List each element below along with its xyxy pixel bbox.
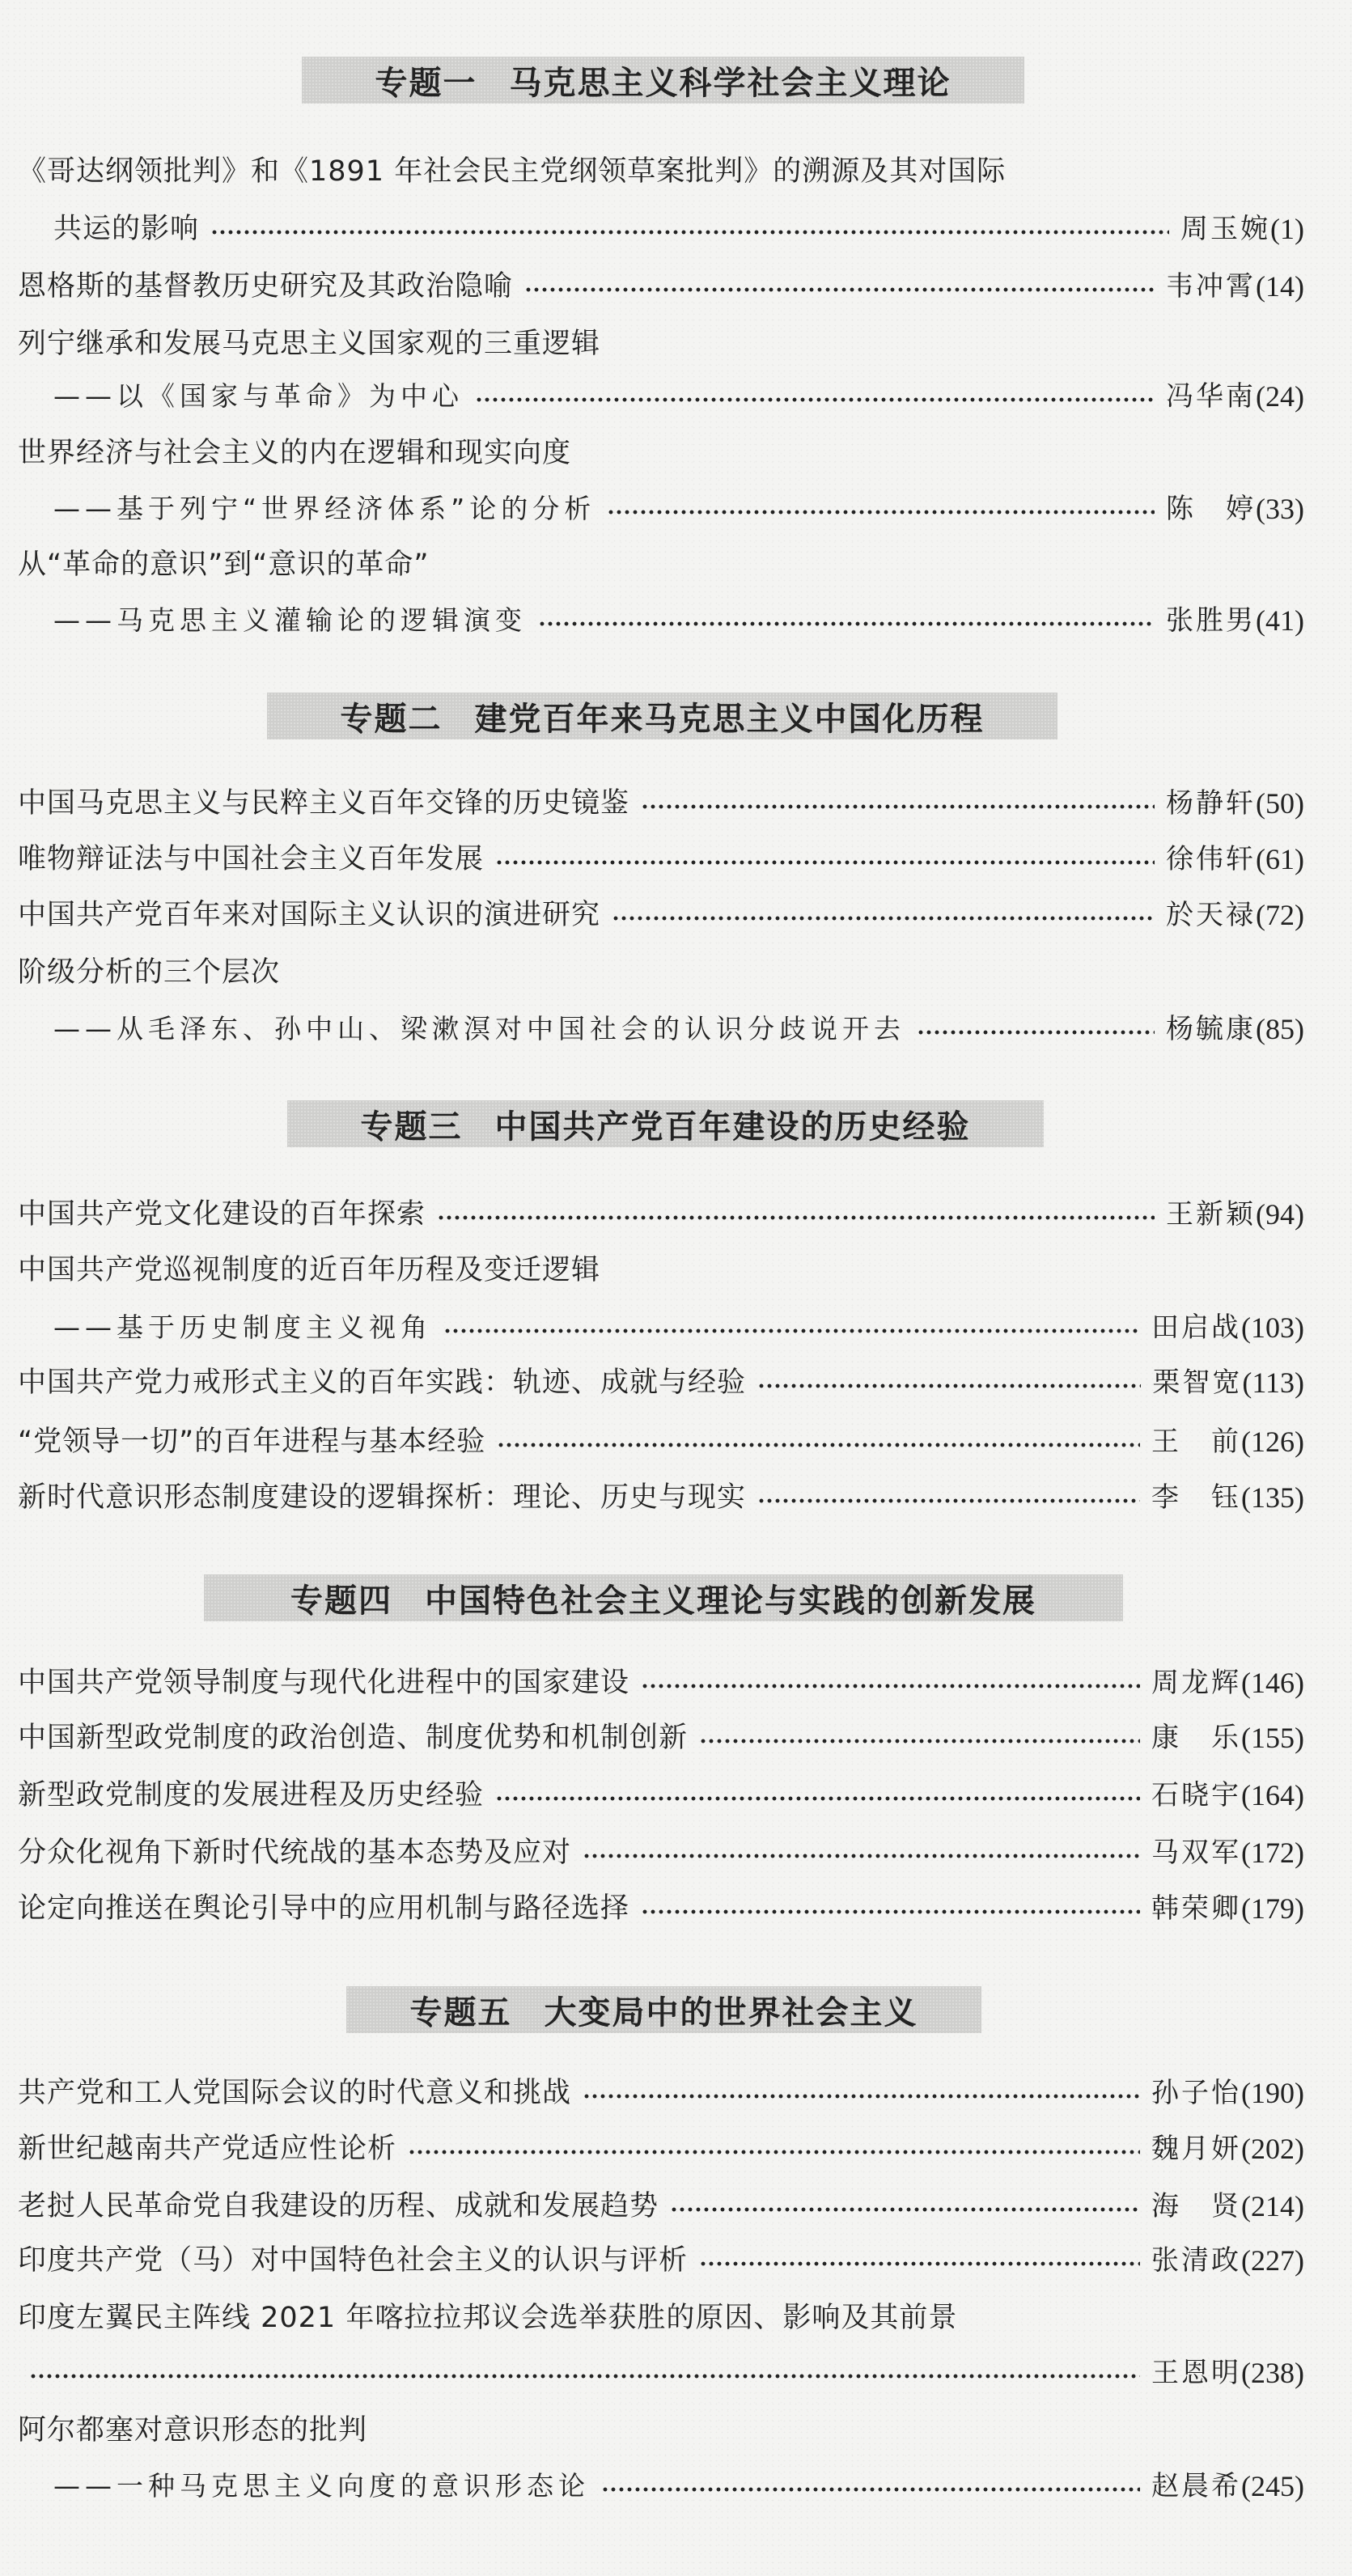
- entry-title: 新世纪越南共产党适应性论析: [18, 2129, 396, 2169]
- toc-entry[interactable]: 唯物辩证法与中国社会主义百年发展 徐伟轩 (61): [18, 839, 1304, 879]
- entry-title: 中国共产党百年来对国际主义认识的演进研究: [18, 895, 600, 935]
- entry-page-number: (155): [1241, 1718, 1304, 1758]
- section-number: 专题二: [341, 693, 443, 739]
- entry-author: 张胜男: [1166, 600, 1256, 641]
- entry-page-number: (190): [1241, 2073, 1304, 2113]
- entry-page-number: (146): [1241, 1663, 1304, 1703]
- toc-entry[interactable]: 新时代意识形态制度建设的逻辑探析：理论、历史与现实 李 钰 (135): [18, 1477, 1304, 1518]
- toc-entry-line[interactable]: 中国共产党巡视制度的近百年历程及变迁逻辑: [18, 1250, 1304, 1290]
- section-number: 专题四: [290, 1575, 392, 1621]
- section-header-4: 专题四 中国特色社会主义理论与实践的创新发展: [204, 1574, 1123, 1621]
- entry-title: 中国马克思主义与民粹主义百年交锋的历史镜鉴: [18, 783, 629, 824]
- dot-leader: [210, 209, 1169, 249]
- entry-author: 杨毓康: [1166, 1009, 1256, 1049]
- entry-author: 海 贤: [1151, 2186, 1241, 2226]
- toc-entry[interactable]: 新型政党制度的发展进程及历史经验 石晓宇 (164): [18, 1775, 1304, 1815]
- entry-title: 阶级分析的三个层次: [18, 952, 280, 993]
- entry-title: 论定向推送在舆论引导中的应用机制与路径选择: [18, 1888, 629, 1929]
- entry-title: 列宁继承和发展马克思主义国家观的三重逻辑: [18, 324, 600, 364]
- entry-author: 冯华南: [1166, 376, 1256, 417]
- toc-entry[interactable]: ——从毛泽东、孙中山、梁漱溟对中国社会的认识分歧说开去 杨毓康 (85): [18, 1009, 1304, 1049]
- entry-author: 赵晨希: [1151, 2466, 1241, 2506]
- entry-page-number: (214): [1241, 2186, 1304, 2226]
- toc-entry[interactable]: 共产党和工人党国际会议的时代意义和挑战 孙子怡 (190): [18, 2073, 1304, 2113]
- entry-title: “党领导一切”的百年进程与基本经验: [18, 1421, 485, 1462]
- section-header-3: 专题三 中国共产党百年建设的历史经验: [287, 1100, 1044, 1147]
- entry-title: 中国共产党文化建设的百年探索: [18, 1194, 426, 1235]
- section-header-1: 专题一 马克思主义科学社会主义理论: [302, 57, 1024, 104]
- dot-leader: [408, 2129, 1140, 2169]
- entry-page-number: (24): [1256, 376, 1304, 417]
- entry-page-number: (179): [1241, 1888, 1304, 1929]
- entry-author: 王 前: [1151, 1421, 1241, 1462]
- toc-entry[interactable]: ——以《国家与革命》为中心 冯华南 (24): [18, 376, 1304, 417]
- entry-title: 《哥达纲领批判》和《1891 年社会民主党纲领草案批判》的溯源及其对国际: [18, 151, 1006, 192]
- entry-subtitle: ——一种马克思主义向度的意识形态论: [18, 2466, 590, 2506]
- entry-author: 陈 婷: [1166, 489, 1256, 529]
- dot-leader: [524, 266, 1155, 307]
- entry-page-number: (61): [1256, 839, 1304, 879]
- entry-page-number: (41): [1256, 600, 1304, 641]
- dot-leader: [29, 2353, 1140, 2393]
- entry-author: 魏月妍: [1151, 2129, 1241, 2169]
- toc-entry[interactable]: ——马克思主义灌输论的逻辑演变 张胜男 (41): [18, 600, 1304, 641]
- entry-title: 中国共产党巡视制度的近百年历程及变迁逻辑: [18, 1250, 600, 1290]
- toc-entry-line[interactable]: 《哥达纲领批判》和《1891 年社会民主党纲领草案批判》的溯源及其对国际: [18, 151, 1304, 192]
- entry-title: 恩格斯的基督教历史研究及其政治隐喻: [18, 266, 513, 307]
- entry-title: 老挝人民革命党自我建设的历程、成就和发展趋势: [18, 2186, 659, 2226]
- entry-author: 杨静轩: [1166, 783, 1256, 824]
- entry-author: 韩荣卿: [1151, 1888, 1241, 1929]
- table-of-contents-page: 专题一 马克思主义科学社会主义理论 《哥达纲领批判》和《1891 年社会民主党纲…: [0, 0, 1352, 2576]
- entry-title: 中国共产党力戒形式主义的百年实践：轨迹、成就与经验: [18, 1362, 746, 1403]
- dot-leader: [641, 1888, 1140, 1929]
- toc-entry-line[interactable]: 列宁继承和发展马克思主义国家观的三重逻辑: [18, 324, 1304, 364]
- entry-page-number: (113): [1242, 1362, 1304, 1403]
- dot-leader: [601, 2466, 1140, 2506]
- entry-title: 印度共产党（马）对中国特色社会主义的认识与评析: [18, 2240, 688, 2281]
- entry-page-number: (94): [1256, 1194, 1304, 1235]
- entry-author: 石晓宇: [1151, 1775, 1241, 1815]
- dot-leader: [583, 1832, 1140, 1873]
- entry-title-continued: 共运的影响: [18, 209, 199, 249]
- entry-title: 阿尔都塞对意识形态的批判: [18, 2410, 367, 2451]
- toc-entry[interactable]: 论定向推送在舆论引导中的应用机制与路径选择 韩荣卿 (179): [18, 1888, 1304, 1929]
- entry-page-number: (1): [1270, 209, 1304, 249]
- dot-leader: [641, 1663, 1140, 1703]
- dot-leader: [641, 783, 1155, 824]
- toc-entry[interactable]: 中国共产党领导制度与现代化进程中的国家建设 周龙辉 (146): [18, 1663, 1304, 1703]
- entry-title: 新型政党制度的发展进程及历史经验: [18, 1775, 484, 1815]
- entry-page-number: (85): [1256, 1009, 1304, 1049]
- dot-leader: [495, 1775, 1140, 1815]
- entry-author: 康 乐: [1151, 1718, 1241, 1758]
- toc-entry[interactable]: 王恩明 (238): [18, 2353, 1304, 2393]
- toc-entry-line[interactable]: 从“革命的意识”到“意识的革命”: [18, 544, 1304, 585]
- toc-entry-line[interactable]: 印度左翼民主阵线 2021 年喀拉拉邦议会选举获胜的原因、影响及其前景: [18, 2298, 1304, 2338]
- entry-author: 栗智宽: [1152, 1362, 1242, 1403]
- entry-author: 周龙辉: [1151, 1663, 1241, 1703]
- toc-entry[interactable]: 中国共产党百年来对国际主义认识的演进研究 於天禄 (72): [18, 895, 1304, 935]
- toc-entry[interactable]: ——一种马克思主义向度的意识形态论 赵晨希 (245): [18, 2466, 1304, 2506]
- section-number: 专题一: [375, 57, 477, 104]
- toc-entry[interactable]: 印度共产党（马）对中国特色社会主义的认识与评析 张清政 (227): [18, 2240, 1304, 2281]
- toc-entry[interactable]: 新世纪越南共产党适应性论析 魏月妍 (202): [18, 2129, 1304, 2169]
- toc-entry-line[interactable]: 阶级分析的三个层次: [18, 952, 1304, 993]
- dot-leader: [475, 376, 1155, 417]
- section-title: 中国特色社会主义理论与实践的创新发展: [425, 1575, 1036, 1621]
- entry-author: 韦冲霄: [1166, 266, 1256, 307]
- entry-title: 中国新型政党制度的政治创造、制度优势和机制创新: [18, 1718, 688, 1758]
- toc-entry[interactable]: “党领导一切”的百年进程与基本经验 王 前 (126): [18, 1421, 1304, 1462]
- entry-author: 徐伟轩: [1166, 839, 1256, 879]
- toc-entry-line[interactable]: 阿尔都塞对意识形态的批判: [18, 2410, 1304, 2451]
- entry-page-number: (227): [1241, 2240, 1304, 2281]
- dot-leader: [607, 489, 1155, 529]
- entry-page-number: (33): [1256, 489, 1304, 529]
- entry-subtitle: ——马克思主义灌输论的逻辑演变: [18, 600, 527, 641]
- entry-page-number: (164): [1241, 1775, 1304, 1815]
- entry-page-number: (135): [1241, 1477, 1304, 1518]
- dot-leader: [583, 2073, 1140, 2113]
- section-header-2: 专题二 建党百年来马克思主义中国化历程: [267, 693, 1057, 739]
- toc-entry-line[interactable]: 世界经济与社会主义的内在逻辑和现实向度: [18, 433, 1304, 473]
- dot-leader: [437, 1194, 1155, 1235]
- toc-entry[interactable]: 共运的影响 周玉婉 (1): [18, 209, 1304, 249]
- dot-leader: [497, 1421, 1140, 1462]
- entry-page-number: (14): [1256, 266, 1304, 307]
- dot-leader: [612, 895, 1155, 935]
- toc-entry[interactable]: ——基于列宁“世界经济体系”论的分析 陈 婷 (33): [18, 489, 1304, 529]
- entry-author: 田启战: [1151, 1307, 1241, 1348]
- dot-leader: [443, 1307, 1140, 1348]
- toc-entry[interactable]: ——基于历史制度主义视角 田启战 (103): [18, 1307, 1304, 1348]
- section-number: 专题五: [410, 1987, 512, 2033]
- entry-author: 王恩明: [1151, 2353, 1241, 2393]
- entry-author: 周玉婉: [1180, 209, 1270, 249]
- entry-subtitle: ——基于历史制度主义视角: [18, 1307, 432, 1348]
- entry-title: 从“革命的意识”到“意识的革命”: [18, 544, 430, 585]
- entry-page-number: (238): [1241, 2353, 1304, 2393]
- dot-leader: [670, 2186, 1140, 2226]
- dot-leader: [757, 1362, 1141, 1403]
- dot-leader: [699, 1718, 1140, 1758]
- entry-title: 中国共产党领导制度与现代化进程中的国家建设: [18, 1663, 629, 1703]
- section-title: 马克思主义科学社会主义理论: [510, 57, 951, 104]
- toc-entry[interactable]: 中国马克思主义与民粹主义百年交锋的历史镜鉴 杨静轩 (50): [18, 783, 1304, 824]
- section-title: 中国共产党百年建设的历史经验: [495, 1101, 971, 1147]
- section-title: 建党百年来马克思主义中国化历程: [475, 693, 985, 739]
- entry-author: 孙子怡: [1151, 2073, 1241, 2113]
- toc-entry[interactable]: 恩格斯的基督教历史研究及其政治隐喻 韦冲霄 (14): [18, 266, 1304, 307]
- entry-subtitle: ——基于列宁“世界经济体系”论的分析: [18, 489, 595, 529]
- entry-title: 新时代意识形态制度建设的逻辑探析：理论、历史与现实: [18, 1477, 746, 1518]
- toc-entry[interactable]: 中国共产党文化建设的百年探索 王新颖 (94): [18, 1194, 1304, 1235]
- section-header-5: 专题五 大变局中的世界社会主义: [346, 1986, 981, 2033]
- toc-entry[interactable]: 中国共产党力戒形式主义的百年实践：轨迹、成就与经验 栗智宽 (113): [18, 1362, 1304, 1403]
- toc-entry[interactable]: 老挝人民革命党自我建设的历程、成就和发展趋势 海 贤 (214): [18, 2186, 1304, 2226]
- entry-page-number: (245): [1241, 2466, 1304, 2506]
- entry-subtitle: ——从毛泽东、孙中山、梁漱溟对中国社会的认识分歧说开去: [18, 1009, 905, 1049]
- section-number: 专题三: [361, 1101, 463, 1147]
- entry-page-number: (202): [1241, 2129, 1304, 2169]
- entry-author: 张清政: [1151, 2240, 1241, 2281]
- dot-leader: [699, 2240, 1140, 2281]
- toc-entry[interactable]: 分众化视角下新时代统战的基本态势及应对 马双军 (172): [18, 1832, 1304, 1873]
- dot-leader: [495, 839, 1155, 879]
- entry-page-number: (126): [1241, 1421, 1304, 1462]
- entry-page-number: (103): [1241, 1307, 1304, 1348]
- entry-author: 王新颖: [1166, 1194, 1256, 1235]
- entry-author: 於天禄: [1166, 895, 1256, 935]
- entry-author: 马双军: [1151, 1832, 1241, 1873]
- dot-leader: [757, 1477, 1140, 1518]
- entry-page-number: (72): [1256, 895, 1304, 935]
- entry-page-number: (50): [1256, 783, 1304, 824]
- entry-title: 分众化视角下新时代统战的基本态势及应对: [18, 1832, 571, 1873]
- dot-leader: [538, 600, 1155, 641]
- entry-title: 印度左翼民主阵线 2021 年喀拉拉邦议会选举获胜的原因、影响及其前景: [18, 2298, 957, 2338]
- entry-title: 唯物辩证法与中国社会主义百年发展: [18, 839, 484, 879]
- section-title: 大变局中的世界社会主义: [545, 1987, 918, 2033]
- entry-author: 李 钰: [1151, 1477, 1241, 1518]
- toc-entry[interactable]: 中国新型政党制度的政治创造、制度优势和机制创新 康 乐 (155): [18, 1718, 1304, 1758]
- dot-leader: [917, 1009, 1155, 1049]
- entry-subtitle: ——以《国家与革命》为中心: [18, 376, 464, 417]
- entry-page-number: (172): [1241, 1832, 1304, 1873]
- entry-title: 世界经济与社会主义的内在逻辑和现实向度: [18, 433, 571, 473]
- entry-title: 共产党和工人党国际会议的时代意义和挑战: [18, 2073, 571, 2113]
